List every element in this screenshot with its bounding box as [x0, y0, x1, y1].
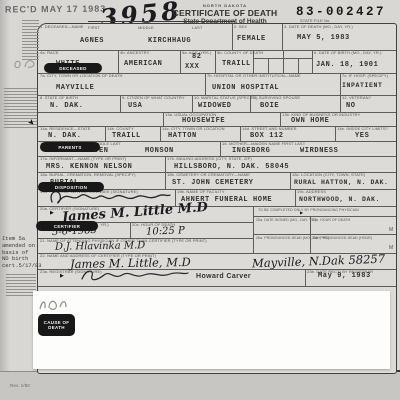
grid-line-v: [105, 126, 106, 141]
field-value-business: OWN HOME: [291, 117, 329, 125]
field-label-p25a: 25a. DATE SIGNED (MO., DAY, YR.): [256, 218, 317, 223]
field-label-hospital-status: 7c. IF HOSP. (SPECIFY): [342, 74, 388, 79]
field-value-residence-state: N. DAK.: [48, 132, 82, 140]
field-value-surviving-spouse: BOIE: [260, 102, 279, 110]
grid-line-v: [220, 141, 221, 156]
field-label-residence-county: 14b. COUNTY: [107, 127, 134, 132]
field-label-city-of-death: 7a. CITY, TOWN OR LOCATION OF DEATH: [40, 74, 122, 79]
grid-line-v: [253, 206, 254, 253]
field-label-veteran: 12. VETERAN?: [342, 96, 371, 101]
field-label-city-limits: 14e. INSIDE CITY LIMITS?: [337, 127, 388, 132]
margin-tab-certifier: CERTIFIER: [36, 221, 98, 231]
grid-line-v: [290, 172, 291, 189]
grid-line-h: [253, 234, 396, 235]
meridiem-mark: M: [389, 228, 393, 233]
grid-line-h: [253, 216, 396, 217]
grid-line-v: [160, 126, 161, 141]
field-label-residence-state: 14a. RESIDENCE—STATE: [40, 127, 91, 132]
field-value-facility-address: NORTHWOOD, N. DAK.: [299, 196, 380, 204]
form-title: CERTIFICATE OF DEATH: [150, 8, 300, 18]
field-label-informant: 17a. INFORMANT—NAME (TYPE OR PRINT): [40, 157, 126, 162]
margin-tab-disposition: DISPOSITION: [38, 182, 104, 192]
field-value-hour-of-death: 10:25 P: [146, 225, 185, 237]
field-label-facility-address: 19c. ADDRESS: [297, 190, 326, 195]
field-label-sex: 2. SEX: [234, 25, 247, 30]
grid-line-v: [180, 50, 181, 73]
pencil-note-scribble: [36, 296, 70, 314]
field-label-p25b: 25b. HOUR OF DEATH: [312, 218, 350, 223]
field-label-citizen: 9. CITIZEN OF WHAT COUNTRY: [122, 96, 185, 101]
field-value-father-last: MONSON: [145, 147, 174, 155]
field-value-cemetery-location: RURAL HATTON, N. DAK.: [294, 179, 389, 187]
cause-tab-line2: DEATH: [48, 325, 65, 330]
paper-edge-left: [0, 0, 10, 400]
field-value-informant: MRS. KENNON NELSON: [46, 163, 132, 171]
grid-line-v: [240, 126, 241, 141]
field-value-mother-maiden: WIRDNESS: [300, 147, 338, 155]
field-label-race: 4a. RACE: [40, 51, 59, 56]
grid-line-v: [340, 73, 341, 95]
field-label-ancestry: 4b. ANCESTRY: [120, 51, 149, 56]
field-value-residence-city: HATTON: [168, 132, 197, 140]
amendment-note: Item 5a amended on basis of ND birth cer…: [2, 236, 42, 270]
grid-line-v: [298, 58, 299, 73]
field-label-cemetery-location: 18c. LOCATION (CITY, TOWN, STATE): [292, 173, 365, 178]
field-label-funeral-facility: 19b. NAME OF FACILITY: [177, 190, 225, 195]
field-value-ancestry: AMERICAN: [124, 60, 162, 68]
grid-line-v: [280, 112, 281, 126]
margin-tab-cause-of-death: CAUSE OF DEATH: [38, 314, 75, 336]
field-label-residence-street: 14d. STREET AND NUMBER: [242, 127, 297, 132]
field-label-name: 1. DECEASED—NAME: [40, 25, 84, 30]
redacted-cause-of-death-area: [33, 291, 390, 369]
registrar-arrow-icon: ▶: [60, 274, 64, 279]
field-value-attending-physician: D.J. Hlavinka M.D: [55, 240, 145, 253]
amendment-note-line: cert.5/17/83: [2, 263, 42, 270]
field-value-citizen: USA: [128, 102, 142, 110]
field-value-date-received: May 9, 1983: [318, 272, 371, 280]
grid-line-v: [335, 126, 336, 141]
pencil-note-scribble: [12, 56, 38, 70]
death-certificate-scan: REC'D MAY 17 1983 3958 Local File No. NO…: [0, 0, 400, 400]
signature-registrar: [78, 266, 190, 284]
grid-line-v: [163, 112, 164, 126]
grid-line-v: [120, 95, 121, 112]
grid-line-v: [282, 24, 283, 50]
field-value-first-name: AGNES: [80, 37, 104, 45]
state-file-number: 83-002427: [296, 5, 386, 19]
field-label-county-of-death: 5b. COUNTY OF DEATH: [217, 51, 263, 56]
signature-arrow-icon: ▶: [50, 211, 54, 216]
pronounce-arrow-icon: ▶: [300, 210, 303, 215]
grid-line-v: [205, 73, 206, 95]
field-label-mother: 16. MOTHER—MAIDEN NAME FIRST LAST: [222, 142, 305, 147]
field-value-age-note: XXX: [185, 63, 199, 71]
field-value-occupation: HOUSEWIFE: [182, 117, 225, 125]
grid-line-v: [295, 189, 296, 206]
field-value-city-of-death: MAYVILLE: [56, 84, 94, 92]
field-value-state-of-birth: N. DAK.: [50, 102, 84, 110]
form-title-block: NORTH DAKOTA CERTIFICATE OF DEATH State …: [150, 3, 300, 25]
margin-tab-deceased: DECEASED: [44, 63, 102, 73]
grid-line-v: [283, 50, 284, 73]
field-value-age: 82: [192, 53, 202, 61]
field-value-residence-county: TRAILL: [112, 132, 141, 140]
field-value-date-of-death: MAY 5, 1983: [297, 34, 350, 42]
field-label-hospital: 7b. HOSPITAL OR OTHER INSTITUTION—NAME: [207, 74, 301, 79]
margin-tab-parents: PARENTS: [40, 142, 100, 152]
grid-line-h: [38, 286, 396, 287]
form-revision-note: Rev. 1/80: [10, 384, 30, 389]
field-value-hospital-status: INPATIENT: [342, 82, 383, 90]
grid-line-v: [215, 50, 216, 73]
field-value-registrar-name: Howard Carver: [196, 273, 251, 280]
margin-fine-print: [6, 274, 36, 298]
field-label-surviving-spouse: 11. SURVIVING SPOUSE: [252, 96, 300, 101]
field-value-veteran: NO: [346, 102, 356, 110]
grid-line-v: [130, 222, 131, 238]
grid-line-v: [268, 58, 269, 73]
field-label-marital-status: 10. MARITAL STATUS (SPECIFY): [194, 96, 258, 101]
field-label-p26b: 26b. PRONOUNCED DEAD (HOUR): [312, 236, 372, 241]
field-value-county-of-death: TRAILL: [222, 60, 251, 68]
field-value-mother-first: INGEBORG: [232, 147, 270, 155]
grid-line-v: [118, 50, 119, 73]
pronouncing-physician-note: TO BE COMPLETED ONLY BY PRONOUNCING PHYS…: [258, 208, 388, 212]
grid-line-v: [305, 269, 306, 286]
field-value-marital-status: WIDOWED: [198, 102, 232, 110]
field-label-mailing-address: 17b. MAILING ADDRESS (CITY, STATE, ZIP): [167, 157, 252, 162]
field-label-state-of-birth: 8. STATE OF BIRTH: [40, 96, 78, 101]
field-label-residence-city: 14c. CITY, TOWN OR LOCATION: [162, 127, 225, 132]
field-value-date-of-birth: JAN. 18, 1901: [316, 61, 378, 69]
field-label-cemetery: 18b. CEMETERY OR CREMATORY—NAME: [167, 173, 250, 178]
grid-line-v: [192, 95, 193, 112]
field-value-city-limits: YES: [355, 132, 369, 140]
field-value-cemetery: ST. JOHN CEMETERY: [172, 179, 254, 187]
field-value-mailing-address: HILLSBORO, N. DAK. 58045: [174, 163, 289, 171]
field-label-disposition: 18a. BURIAL, CREMATION, REMOVAL (SPECIFY…: [40, 173, 136, 178]
field-label-date-of-birth: 6. DATE OF BIRTH (MO., DAY, YR.): [314, 51, 382, 56]
paper-edge-bottom: [0, 372, 400, 400]
received-stamp: REC'D MAY 17 1983: [5, 4, 106, 15]
grid-line-v: [312, 50, 313, 73]
grid-line-v: [232, 24, 233, 50]
field-value-hospital: UNION HOSPITAL: [212, 84, 279, 92]
column-label-last: LAST: [192, 26, 202, 31]
column-label-first: FIRST: [88, 26, 100, 31]
grid-line-v: [165, 156, 166, 172]
grid-line-v: [340, 95, 341, 112]
field-value-sex: FEMALE: [237, 35, 266, 43]
meridiem-mark: M: [389, 246, 393, 251]
field-label-date-of-death: 3. DATE OF DEATH (MO., DAY, YR.): [284, 25, 392, 30]
field-value-last-name: KIRCHHAUG: [148, 37, 191, 45]
column-label-middle: MIDDLE: [138, 26, 154, 31]
field-value-residence-street: BOX 112: [250, 132, 284, 140]
